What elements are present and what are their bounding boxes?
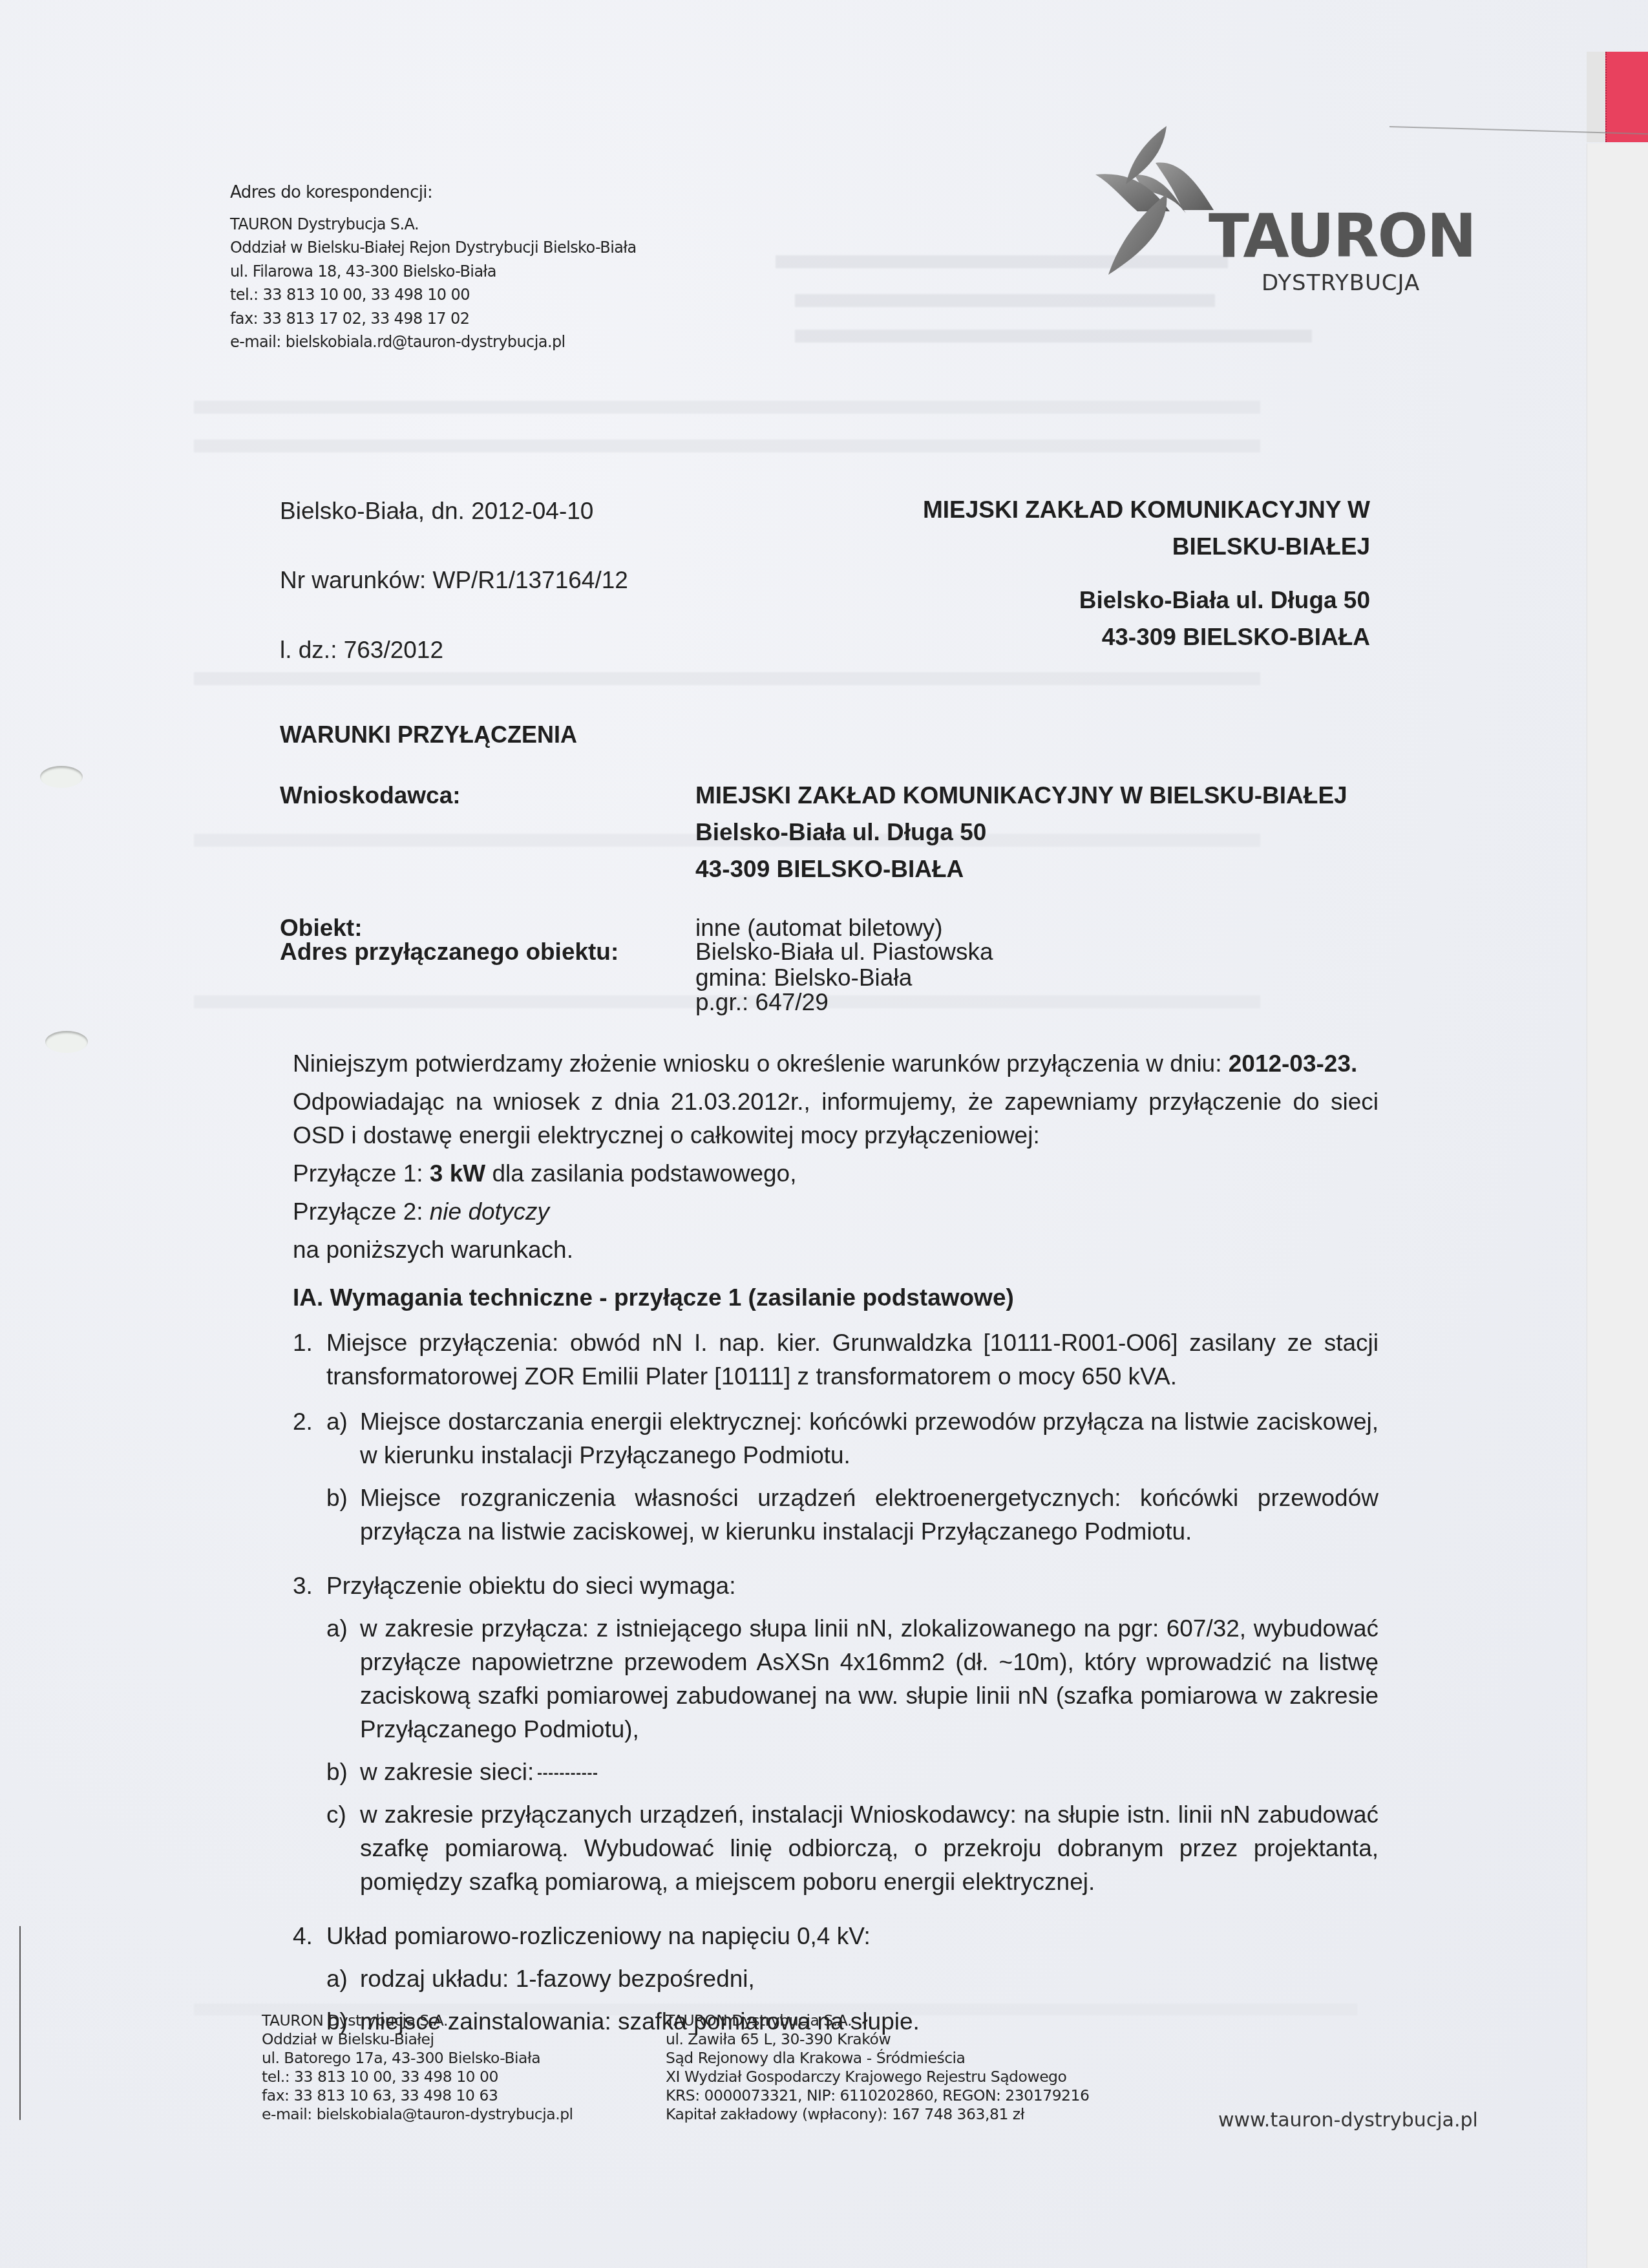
scanned-page: Adres do korespondencji: TAURON Dystrybu… bbox=[0, 0, 1648, 2268]
object-address-label: Adres przyłączanego obiektu: bbox=[280, 938, 618, 965]
red-sticky-tab bbox=[1605, 52, 1648, 142]
sub-item: a) rodzaj układu: 1-fazowy bezpośredni, bbox=[326, 1962, 1379, 1996]
connection-1: Przyłącze 1: 3 kW dla zasilania podstawo… bbox=[293, 1157, 1379, 1191]
section-heading: IA. Wymagania techniczne - przyłącze 1 (… bbox=[293, 1281, 1379, 1315]
blank-dash-line bbox=[538, 1773, 597, 1775]
sub-item: c) w zakresie przyłączanych urządzeń, in… bbox=[326, 1798, 1379, 1899]
object-address-row: Adres przyłączanego obiektu: Bielsko-Bia… bbox=[280, 938, 618, 966]
logo-wordmark: TAURON bbox=[1209, 202, 1475, 271]
conditions-number: Nr warunków: WP/R1/137164/12 bbox=[280, 567, 628, 594]
recipient-address: MIEJSKI ZAKŁAD KOMUNIKACYJNY W BIELSKU-B… bbox=[923, 491, 1370, 655]
connection-2: Przyłącze 2: nie dotyczy bbox=[293, 1195, 1379, 1229]
sender-line: fax: 33 813 17 02, 33 498 17 02 bbox=[230, 307, 637, 331]
object-value: inne (automat biletowy) bbox=[695, 915, 943, 942]
object-row: Obiekt: inne (automat biletowy) bbox=[280, 915, 362, 942]
connection-2-value: nie dotyczy bbox=[430, 1198, 549, 1225]
applicant-row: Wnioskodawca: MIEJSKI ZAKŁAD KOMUNIKACYJ… bbox=[280, 782, 461, 809]
list-item: 3. Przyłączenie obiektu do sieci wymaga:… bbox=[293, 1569, 1379, 1908]
object-address-line: p.gr.: 647/29 bbox=[695, 989, 829, 1016]
confirmation-paragraph: Niniejszym potwierdzamy złożenie wniosku… bbox=[293, 1047, 1379, 1081]
correspondence-address: Adres do korespondencji: TAURON Dystrybu… bbox=[230, 181, 637, 354]
application-date: 2012-03-23. bbox=[1229, 1050, 1358, 1077]
closing-line: na poniższych warunkach. bbox=[293, 1233, 1379, 1267]
recipient-line: 43-309 BIELSKO-BIAŁA bbox=[923, 619, 1370, 655]
sub-item: a) w zakresie przyłącza: z istniejącego … bbox=[326, 1612, 1379, 1746]
applicant-name: MIEJSKI ZAKŁAD KOMUNIKACYJNY W BIELSKU-B… bbox=[695, 782, 1347, 809]
tab-shadow bbox=[1587, 52, 1606, 142]
sub-item: b) w zakresie sieci: bbox=[326, 1755, 1379, 1789]
sender-line: ul. Filarowa 18, 43-300 Bielsko-Biała bbox=[230, 260, 637, 284]
object-label: Obiekt: bbox=[280, 915, 362, 941]
sender-line: e-mail: bielskobiala.rd@tauron-dystrybuc… bbox=[230, 330, 637, 354]
logo-subtitle: DYSTRYBUCJA bbox=[1262, 270, 1420, 296]
requirements-list: 1. Miejsce przyłączenia: obwód nN I. nap… bbox=[293, 1326, 1379, 2048]
list-item: 1. Miejsce przyłączenia: obwód nN I. nap… bbox=[293, 1326, 1379, 1394]
recipient-line: BIELSKU-BIAŁEJ bbox=[923, 528, 1370, 565]
sub-item: a) Miejsce dostarczania energii elektryc… bbox=[326, 1405, 1379, 1472]
reference-number: l. dz.: 763/2012 bbox=[280, 637, 443, 664]
punch-hole-bottom bbox=[45, 1031, 88, 1053]
recipient-line: MIEJSKI ZAKŁAD KOMUNIKACYJNY W bbox=[923, 491, 1370, 528]
place-date: Bielsko-Biała, dn. 2012-04-10 bbox=[280, 498, 593, 525]
sub-item: b) Miejsce rozgraniczenia własności urzą… bbox=[326, 1481, 1379, 1549]
scan-edge-mark bbox=[19, 1926, 21, 2120]
sender-line: TAURON Dystrybucja S.A. bbox=[230, 213, 637, 237]
object-address-line: Bielsko-Biała ul. Piastowska bbox=[695, 938, 993, 966]
list-item: 2. a) Miejsce dostarczania energii elekt… bbox=[293, 1405, 1379, 1558]
object-address-line: gmina: Bielsko-Biała bbox=[695, 964, 912, 991]
applicant-street: Bielsko-Biała ul. Długa 50 bbox=[695, 819, 986, 846]
confirmation-text: Niniejszym potwierdzamy złożenie wniosku… bbox=[293, 1050, 1229, 1077]
correspondence-label: Adres do korespondencji: bbox=[230, 181, 637, 205]
document-body: Niniejszym potwierdzamy złożenie wniosku… bbox=[293, 1047, 1379, 2059]
document-title: WARUNKI PRZYŁĄCZENIA bbox=[280, 721, 577, 748]
connection-power: 3 kW bbox=[430, 1160, 485, 1187]
sender-line: tel.: 33 813 10 00, 33 498 10 00 bbox=[230, 283, 637, 307]
applicant-city: 43-309 BIELSKO-BIAŁA bbox=[695, 856, 964, 883]
sender-line: Oddział w Bielsku-Białej Rejon Dystrybuc… bbox=[230, 236, 637, 260]
footer-branch-address: TAURON Dystrybucja S.A. Oddział w Bielsk… bbox=[262, 2011, 573, 2124]
scan-edge-strip bbox=[1587, 143, 1648, 2268]
footer-company-registration: TAURON Dystrybucja S.A. ul. Zawiła 65 L,… bbox=[666, 2011, 1089, 2124]
punch-hole-top bbox=[40, 766, 83, 788]
recipient-line: Bielsko-Biała ul. Długa 50 bbox=[923, 582, 1370, 619]
applicant-label: Wnioskodawca: bbox=[280, 782, 461, 809]
footer-website: www.tauron-dystrybucja.pl bbox=[1218, 2109, 1478, 2132]
response-paragraph: Odpowiadając na wniosek z dnia 21.03.201… bbox=[293, 1085, 1379, 1152]
